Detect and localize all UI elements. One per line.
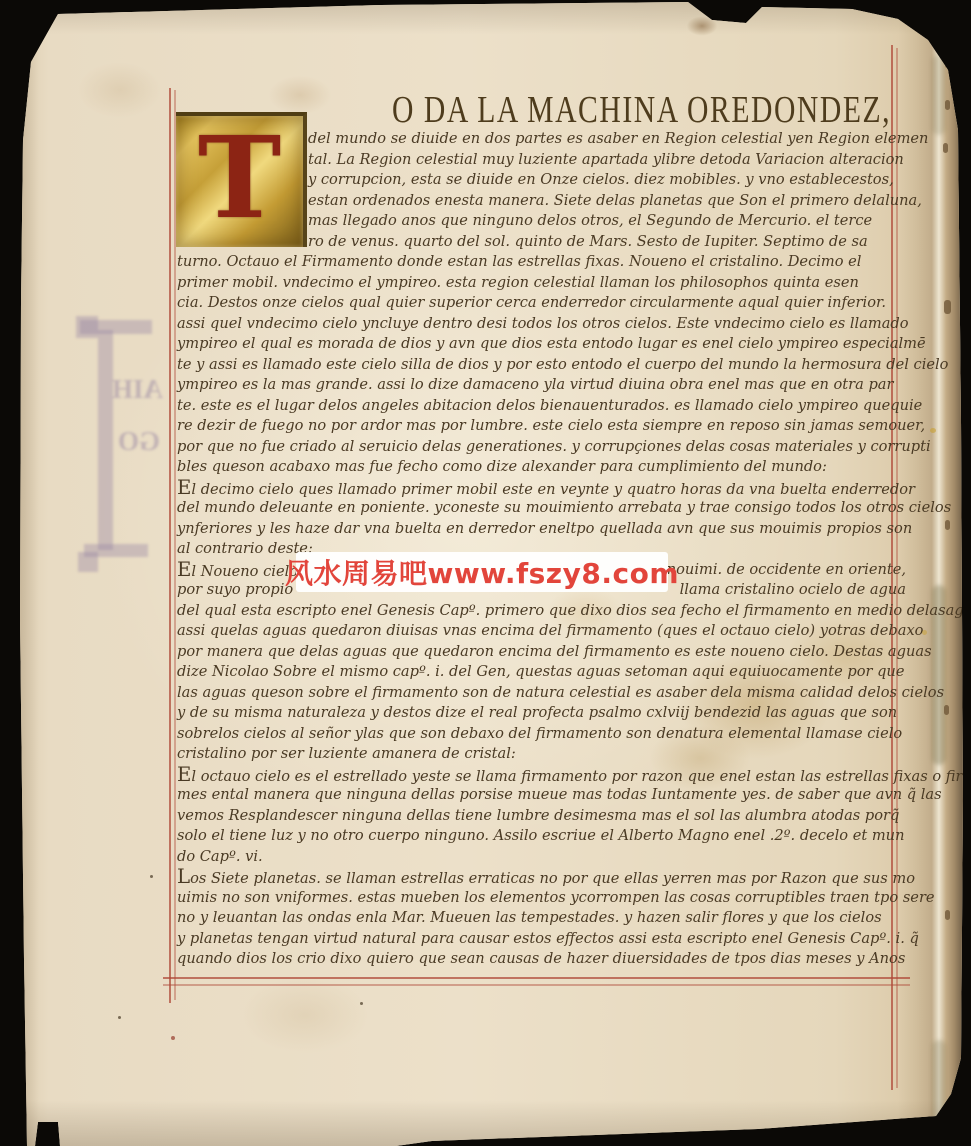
manuscript-line-fragment: por suyo propio <box>177 580 293 601</box>
manuscript-line-fragment: El Noueno cielo <box>177 560 298 581</box>
blemish <box>118 1016 121 1019</box>
blemish <box>150 875 153 878</box>
manuscript-line-fragment: llama cristalino ocielo de agua <box>680 580 906 601</box>
manuscript-line: del mundo deleuante en poniente. yconest… <box>177 498 906 519</box>
manuscript-line: del qual esta escripto enel Genesis Capº… <box>177 601 906 622</box>
manuscript-line: do Capº. vi. <box>177 847 906 868</box>
manuscript-line: ympireo es la mas grande. assi lo dize d… <box>177 375 906 396</box>
showthrough-initial-stem <box>98 330 113 550</box>
stitching-mark <box>945 520 950 530</box>
bottom-rule-lower <box>163 984 910 986</box>
blemish <box>930 428 936 433</box>
manuscript-line: sobrelos cielos al señor ylas que son de… <box>177 724 906 745</box>
showthrough-initial-bar <box>84 544 148 557</box>
manuscript-line: vemos Resplandescer ninguna dellas tiene… <box>177 806 906 827</box>
manuscript-line: te y assi es llamado este cielo silla de… <box>177 355 906 376</box>
manuscript-line: mes ental manera que ninguna dellas pors… <box>177 785 906 806</box>
stitching-mark <box>943 143 948 153</box>
manuscript-line: assi quelas aguas quedaron diuisas vnas … <box>177 621 906 642</box>
manuscript-line: Los Siete planetas. se llaman estrellas … <box>177 867 906 888</box>
manuscript-line: El octauo cielo es el estrellado yeste s… <box>177 765 906 786</box>
manuscript-line: y planetas tengan virtud natural para ca… <box>177 929 906 950</box>
manuscript-scan: AIH GO T O DA LA MACHINA OREDONDEZ, del … <box>0 0 971 1146</box>
stitching-mark <box>945 100 950 110</box>
stitching-mark <box>944 300 951 314</box>
manuscript-line: estan ordenados enesta manera. Siete del… <box>177 191 906 212</box>
stitching-mark <box>945 58 950 68</box>
manuscript-line: uimis no son vniformes. estas mueben los… <box>177 888 906 909</box>
manuscript-line: primer mobil. vndecimo el ympireo. esta … <box>177 273 906 294</box>
book-binding-edge <box>898 0 963 1146</box>
manuscript-line: El decimo cielo ques llamado primer mobi… <box>177 478 906 499</box>
manuscript-line: re dezir de fuego no por ardor mas por l… <box>177 416 906 437</box>
manuscript-line: assi quel vndecimo cielo yncluye dentro … <box>177 314 906 335</box>
manuscript-line: te. este es el lugar delos angeles abita… <box>177 396 906 417</box>
stitching-mark <box>944 12 949 22</box>
blemish <box>922 630 927 635</box>
blemish <box>360 1002 363 1005</box>
manuscript-line: quando dios los crio dixo quiero que sea… <box>177 949 906 970</box>
manuscript-line: cristalino por ser luziente amanera de c… <box>177 744 906 765</box>
edge-stain <box>932 1040 946 1146</box>
manuscript-line: por manera que delas aguas que quedaron … <box>177 642 906 663</box>
text-block: del mundo se diuide en dos partes es asa… <box>177 129 906 970</box>
manuscript-line: dize Nicolao Sobre el mismo capº. i. del… <box>177 662 906 683</box>
watermark: 风水周易吧www.fszy8.com <box>296 552 668 592</box>
manuscript-line: y corrupcion, esta se diuide en Onze cie… <box>177 170 906 191</box>
manuscript-line: del mundo se diuide en dos partes es asa… <box>177 129 906 150</box>
ink-speck <box>171 1036 175 1040</box>
manuscript-line: bles queson acabaxo mas fue fecho como d… <box>177 457 906 478</box>
page-heading: O DA LA MACHINA OREDONDEZ, <box>392 88 891 132</box>
showthrough-initial-serif <box>76 316 98 338</box>
manuscript-line: cia. Destos onze cielos qual quier super… <box>177 293 906 314</box>
edge-stain <box>932 55 946 135</box>
manuscript-line: turno. Octauo el Firmamento donde estan … <box>177 252 906 273</box>
showthrough-letters: GO <box>118 426 160 457</box>
manuscript-line: y de su misma naturaleza y destos dize e… <box>177 703 906 724</box>
margin-rule-left-outer <box>169 88 171 1003</box>
showthrough-initial-serif <box>78 552 98 572</box>
manuscript-line: ympireo el qual es morada de dios y avn … <box>177 334 906 355</box>
manuscript-line: ynferiores y les haze dar vna buelta en … <box>177 519 906 540</box>
bottom-rule-upper <box>163 977 910 979</box>
showthrough-initial-bar <box>80 320 152 334</box>
manuscript-line: ro de venus. quarto del sol. quinto de M… <box>177 232 906 253</box>
manuscript-line: mas llegado anos que ninguno delos otros… <box>177 211 906 232</box>
stitching-mark <box>945 910 950 920</box>
manuscript-line: las aguas queson sobre el firmamento son… <box>177 683 906 704</box>
manuscript-line: no y leuantan las ondas enla Mar. Mueuen… <box>177 908 906 929</box>
stitching-mark <box>944 705 949 715</box>
manuscript-line: tal. La Region celestial muy luziente ap… <box>177 150 906 171</box>
showthrough-letters: AIH <box>112 374 163 405</box>
manuscript-line-fragment: nouimi. de occidente en oriente, <box>667 560 906 581</box>
manuscript-line: solo el tiene luz y no otro cuerpo ningu… <box>177 826 906 847</box>
manuscript-line: por que no fue criado al seruicio delas … <box>177 437 906 458</box>
